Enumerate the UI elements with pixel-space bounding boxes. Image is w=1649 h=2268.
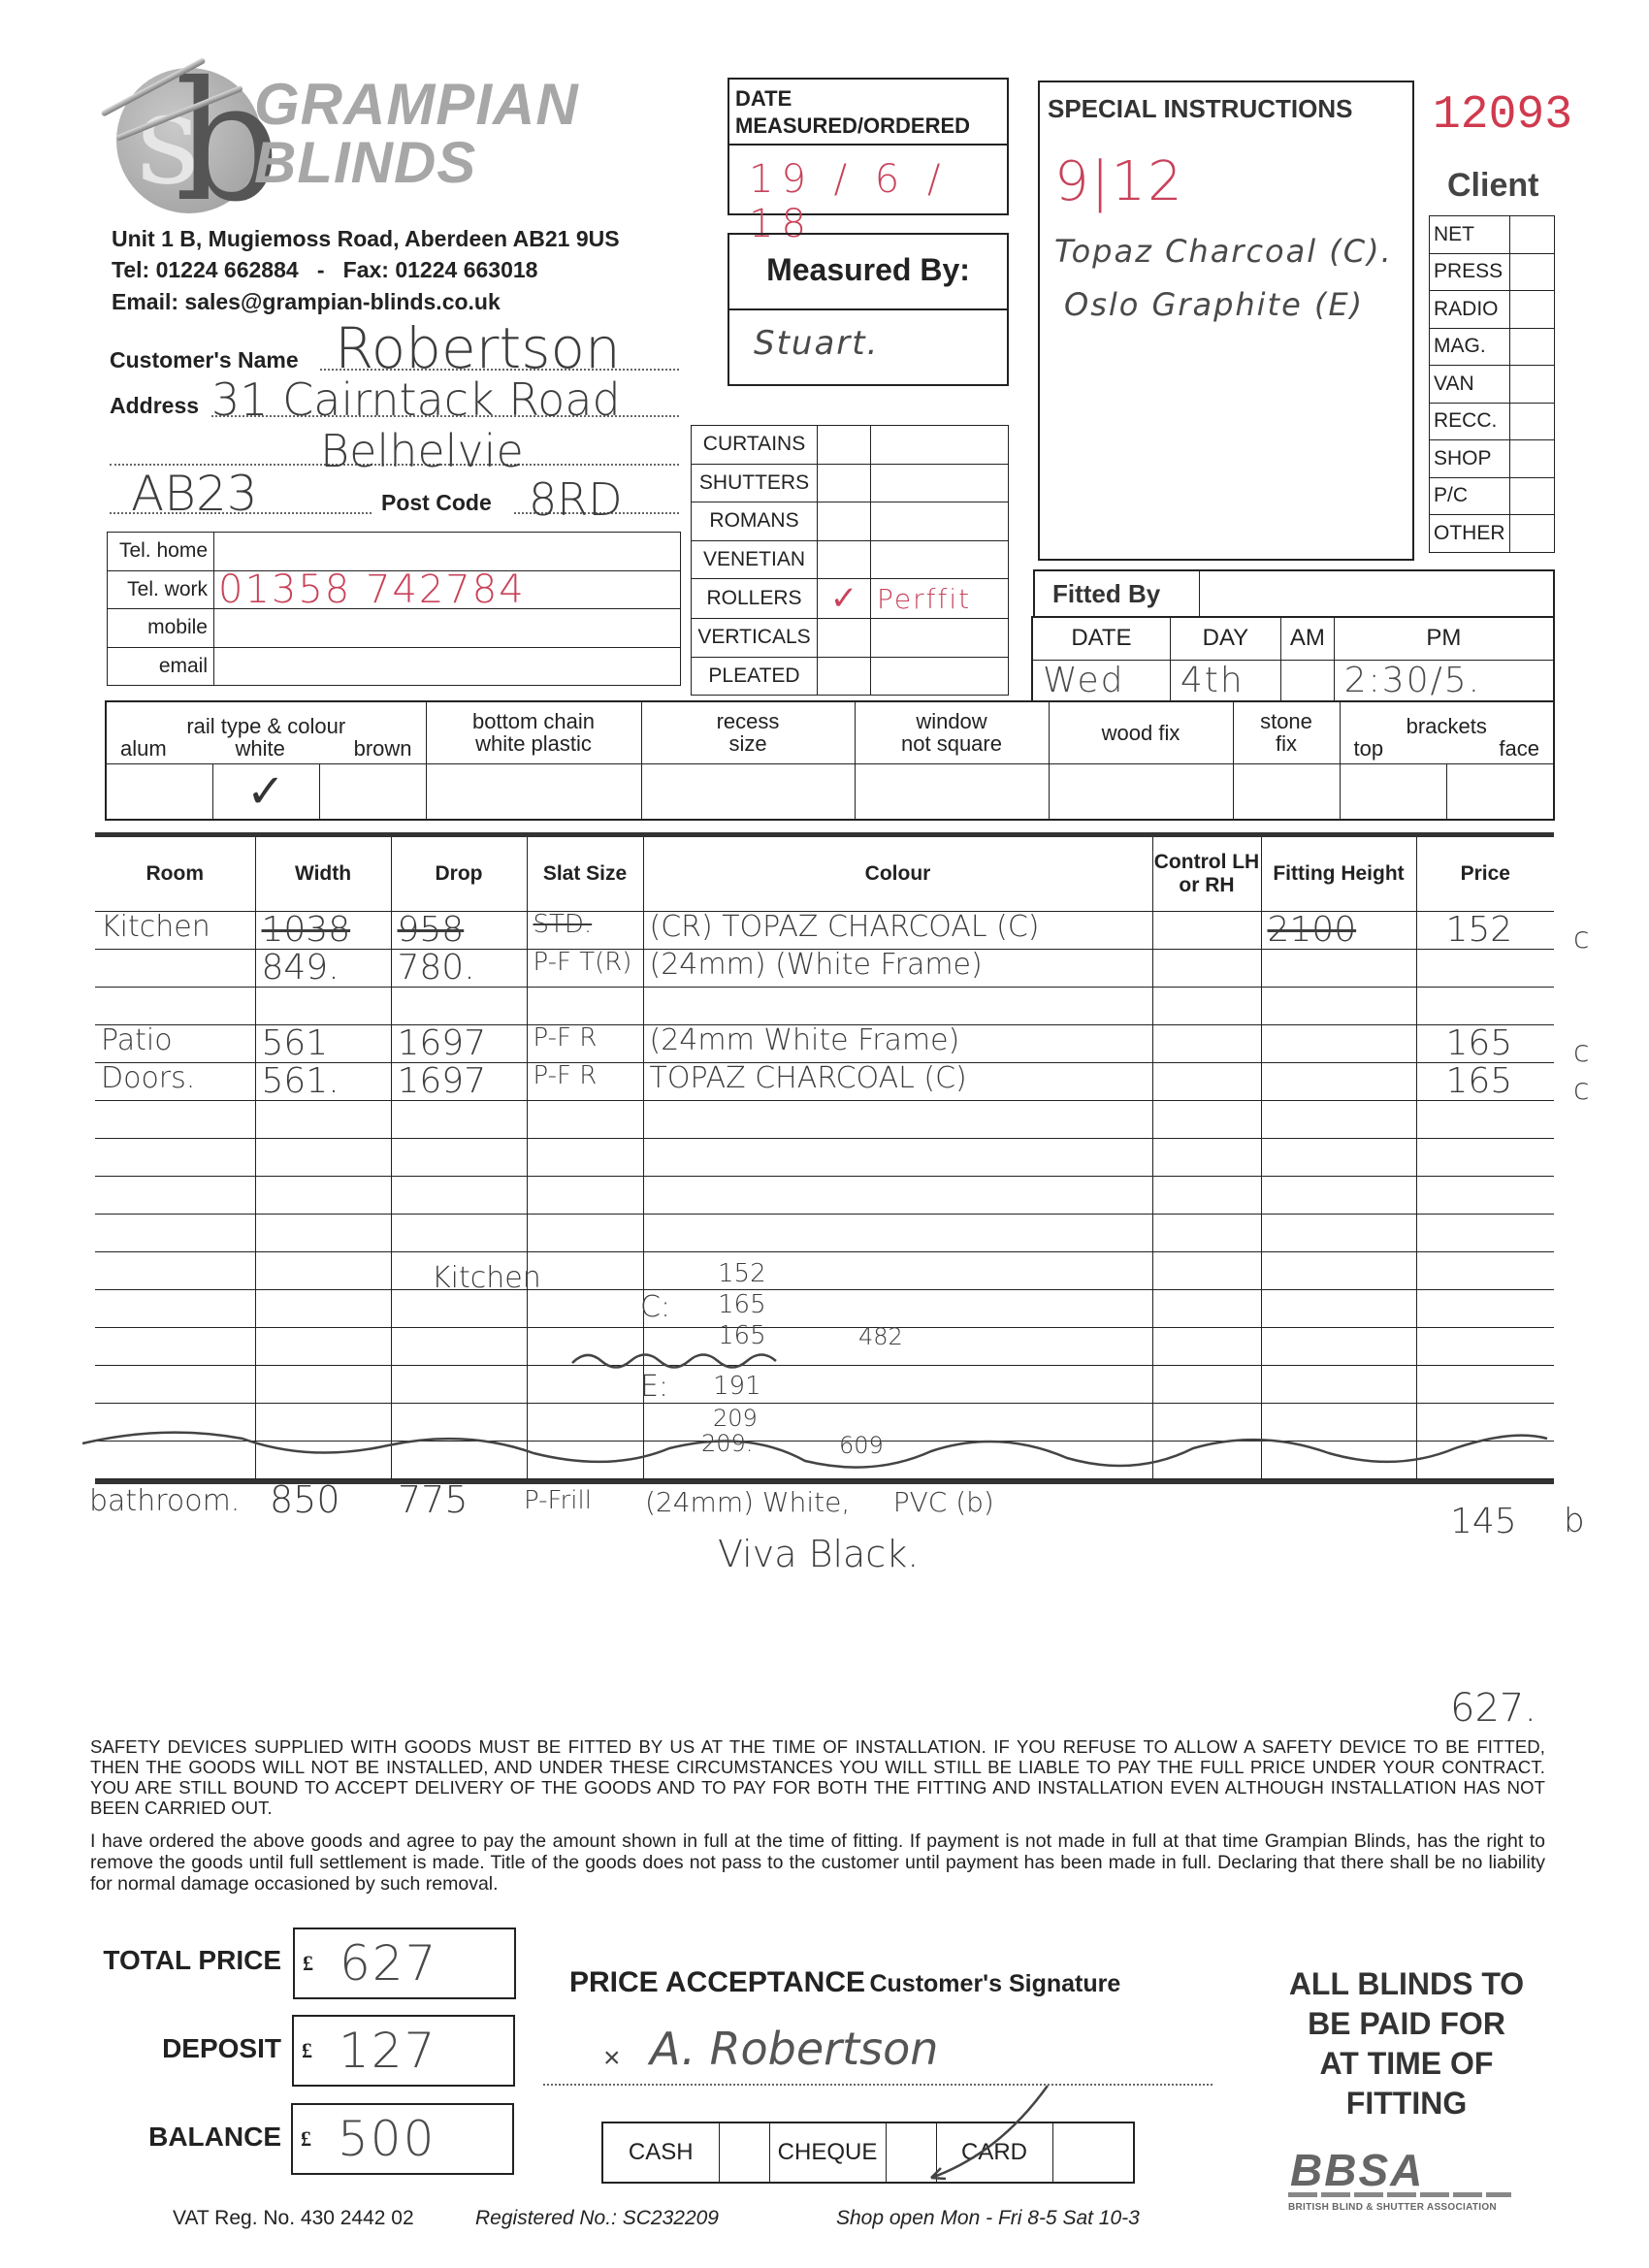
calc-c-value: 165 — [718, 1290, 766, 1319]
bathroom-width[interactable]: 850 — [270, 1478, 340, 1521]
cell-price[interactable] — [1416, 1289, 1554, 1327]
items-header-price: Price — [1416, 837, 1554, 911]
postcode-label: Post Code — [381, 490, 492, 516]
contact-label: email — [108, 647, 214, 686]
cell-value: 561. — [262, 1061, 339, 1101]
balance-value[interactable]: 500 — [338, 2111, 436, 2167]
client-source-row: OTHER — [1430, 515, 1555, 553]
rail-option-alum: alum — [120, 737, 167, 760]
cell-value: 165 — [1446, 1061, 1513, 1101]
table-row — [95, 1214, 1554, 1251]
cell-drop[interactable]: 1697 — [391, 1024, 527, 1062]
fitting-col-pm: PM — [1334, 617, 1554, 660]
window-not-square-cell[interactable] — [855, 763, 1049, 820]
fitting-value-date[interactable]: Wed — [1032, 660, 1170, 701]
items-header-room: Room — [95, 837, 255, 911]
product-type-label: CURTAINS — [692, 426, 818, 465]
recess-size-cell[interactable] — [641, 763, 855, 820]
cell-value: 561 — [262, 1023, 329, 1063]
price-margin-code: c — [1573, 1035, 1590, 1069]
cell-colour[interactable]: (24mm White Frame) — [643, 1024, 1152, 1062]
product-type-note[interactable] — [871, 464, 1009, 502]
product-type-label: PLEATED — [692, 657, 818, 696]
cell-control[interactable] — [1152, 1365, 1261, 1403]
bathroom-colour-line2[interactable]: Viva Black. — [718, 1533, 919, 1575]
cell-width[interactable]: 561 — [255, 1024, 391, 1062]
cell-width[interactable] — [255, 1138, 391, 1176]
cell-width[interactable]: 1038 — [255, 911, 391, 949]
cell-slat[interactable]: P-F R — [527, 1062, 643, 1100]
cell-slat[interactable] — [527, 1176, 643, 1214]
cell-price[interactable]: 165 — [1416, 1024, 1554, 1062]
cell-drop[interactable] — [391, 1365, 527, 1403]
bbsa-stripes — [1288, 2192, 1511, 2197]
cell-colour[interactable]: TOPAZ CHARCOAL (C) — [643, 1062, 1152, 1100]
table-row: 849.780.P-F T(R)(24mm) (White Frame) — [95, 949, 1554, 987]
cell-value: 165 — [1446, 1023, 1513, 1063]
cell-room[interactable]: Kitchen — [95, 911, 255, 949]
total-price-box[interactable]: £ 627 — [293, 1928, 516, 1999]
client-source-checkbox[interactable] — [1509, 291, 1555, 329]
product-type-note[interactable] — [871, 657, 1009, 696]
customer-name-value[interactable]: Robertson — [335, 315, 621, 381]
bbsa-name: BRITISH BLIND & SHUTTER ASSOCIATION — [1288, 2202, 1497, 2213]
balance-label: BALANCE — [68, 2122, 281, 2153]
cell-colour[interactable] — [643, 1138, 1152, 1176]
rail-option-white: white — [235, 737, 284, 760]
cell-value: P-F R — [533, 1023, 598, 1053]
cell-fitting-height[interactable] — [1261, 1251, 1416, 1289]
company-address: Unit 1 B, Mugiemoss Road, Aberdeen AB21 … — [112, 226, 620, 252]
contact-row: Tel. work01358 742784 — [108, 570, 681, 609]
table-row — [95, 987, 1554, 1024]
address-line2[interactable]: Belhelvie — [320, 425, 524, 477]
company-name-line2: BLINDS — [254, 134, 476, 192]
measured-by-value[interactable]: Stuart. — [754, 324, 879, 363]
customer-signature[interactable]: A. Robertson — [650, 2023, 938, 2075]
wavy-separator — [567, 1344, 781, 1373]
cell-control[interactable] — [1152, 1289, 1261, 1327]
price-margin-code: c — [1573, 922, 1590, 956]
cell-width[interactable] — [255, 1289, 391, 1327]
client-source-label: P/C — [1430, 477, 1510, 515]
cell-slat[interactable] — [527, 1251, 643, 1289]
items-header-width: Width — [255, 837, 391, 911]
product-type-tick[interactable] — [818, 464, 871, 502]
bathroom-colour-line1[interactable]: (24mm) White, PVC (b) — [645, 1486, 994, 1518]
cell-width[interactable]: 561. — [255, 1062, 391, 1100]
client-source-label: MAG. — [1430, 328, 1510, 366]
cell-value: P-F T(R) — [533, 948, 632, 977]
items-header-colour: Colour — [643, 837, 1152, 911]
cell-room[interactable] — [95, 1365, 255, 1403]
client-source-row: NET — [1430, 216, 1555, 254]
cell-control[interactable] — [1152, 1214, 1261, 1251]
safety-terms: SAFETY DEVICES SUPPLIED WITH GOODS MUST … — [90, 1736, 1545, 1818]
bracket-option-top: top — [1354, 737, 1384, 760]
client-source-checkbox[interactable] — [1509, 366, 1555, 404]
header-stone-fix: stonefix — [1233, 701, 1340, 763]
contact-row: Tel. home — [108, 533, 681, 571]
product-type-tick[interactable] — [818, 657, 871, 696]
bathroom-room[interactable]: bathroom. — [89, 1484, 240, 1518]
cell-fitting-height[interactable] — [1261, 1024, 1416, 1062]
cell-price[interactable] — [1416, 987, 1554, 1024]
contact-value[interactable] — [214, 533, 681, 571]
cell-fitting-height[interactable] — [1261, 1365, 1416, 1403]
deposit-box[interactable]: £ 127 — [292, 2015, 515, 2087]
product-type-label: ROMANS — [692, 502, 818, 541]
cell-drop[interactable]: 780. — [391, 949, 527, 987]
agreement-terms: I have ordered the above goods and agree… — [90, 1831, 1545, 1895]
product-type-tick[interactable] — [818, 540, 871, 579]
customer-name-label: Customer's Name — [110, 347, 299, 373]
cell-colour[interactable]: (CR) TOPAZ CHARCOAL (C) — [643, 911, 1152, 949]
contact-value[interactable] — [214, 609, 681, 648]
cell-width[interactable] — [255, 987, 391, 1024]
currency-symbol: £ — [301, 2126, 311, 2152]
cell-drop[interactable]: 1697 — [391, 1062, 527, 1100]
cell-drop[interactable] — [391, 1214, 527, 1251]
total-price-label: TOTAL PRICE — [68, 1945, 281, 1976]
product-type-note[interactable] — [871, 502, 1009, 541]
client-source-checkbox[interactable] — [1509, 253, 1555, 291]
product-type-tick[interactable]: ✓ — [818, 579, 871, 619]
price-acceptance-title: PRICE ACCEPTANCE — [569, 1966, 865, 1998]
client-source-row: PRESS — [1430, 253, 1555, 291]
product-type-note[interactable] — [871, 619, 1009, 658]
client-source-label: VAN — [1430, 366, 1510, 404]
cell-fitting-height[interactable] — [1261, 1214, 1416, 1251]
cell-value: 1038 — [262, 910, 351, 950]
product-type-label: VENETIAN — [692, 540, 818, 579]
client-source-row: RADIO — [1430, 291, 1555, 329]
contact-row: mobile — [108, 609, 681, 648]
date-label-line1: DATE — [735, 85, 970, 113]
client-source-label: OTHER — [1430, 515, 1510, 553]
fitting-schedule-table: DATEDAYAMPM Wed4th2:30/5. — [1031, 616, 1555, 702]
cell-drop[interactable] — [391, 1138, 527, 1176]
table-row: Patio5611697P-F R(24mm White Frame)165 — [95, 1024, 1554, 1062]
fitting-col-day: DAY — [1170, 617, 1280, 660]
cell-width[interactable] — [255, 1327, 391, 1365]
table-row: Kitchen1038958STD.(CR) TOPAZ CHARCOAL (C… — [95, 911, 1554, 949]
cell-value: P-F R — [533, 1061, 598, 1090]
cell-control[interactable] — [1152, 1024, 1261, 1062]
total-price-value[interactable]: 627 — [339, 1935, 437, 1992]
shop-hours: Shop open Mon - Fri 8-5 Sat 10-3 — [836, 2207, 1140, 2230]
cell-value: 958 — [398, 910, 465, 950]
cell-control[interactable] — [1152, 949, 1261, 987]
cell-fitting-height[interactable] — [1261, 1138, 1416, 1176]
cell-price[interactable] — [1416, 1214, 1554, 1251]
product-type-tick[interactable] — [818, 619, 871, 658]
cell-value: 152 — [1446, 910, 1513, 950]
client-source-label: NET — [1430, 216, 1510, 254]
cell-width[interactable] — [255, 1100, 391, 1138]
vat-number: VAT Reg. No. 430 2442 02 — [173, 2207, 414, 2230]
cell-fitting-height[interactable] — [1261, 1176, 1416, 1214]
cell-colour[interactable] — [643, 1100, 1152, 1138]
client-source-table: NETPRESSRADIOMAG.VANRECC.SHOPP/COTHER — [1429, 215, 1555, 553]
cell-slat[interactable] — [527, 1289, 643, 1327]
cell-price[interactable] — [1416, 1327, 1554, 1365]
calc-e-value: 191 — [713, 1372, 761, 1401]
table-row — [95, 1100, 1554, 1138]
fitted-by-label: Fitted By — [1034, 570, 1199, 617]
bbsa-logo: BBSA — [1290, 2144, 1424, 2196]
cell-colour[interactable] — [643, 987, 1152, 1024]
cell-fitting-height[interactable] — [1261, 987, 1416, 1024]
cell-control[interactable] — [1152, 1062, 1261, 1100]
cell-drop[interactable] — [391, 1327, 527, 1365]
cell-slat[interactable]: P-F T(R) — [527, 949, 643, 987]
cell-fitting-height[interactable]: 2100 — [1261, 911, 1416, 949]
cell-room[interactable] — [95, 949, 255, 987]
cell-colour[interactable] — [643, 1176, 1152, 1214]
table-row — [95, 1327, 1554, 1365]
client-source-checkbox[interactable] — [1509, 328, 1555, 366]
contact-row: email — [108, 647, 681, 686]
wood-fix-cell[interactable] — [1049, 763, 1233, 820]
cell-room[interactable] — [95, 1176, 255, 1214]
cell-value: 1697 — [398, 1023, 487, 1063]
date-measured-box: DATE MEASURED/ORDERED 19 / 6 / 18 — [727, 78, 1009, 215]
cell-value: Kitchen — [101, 910, 210, 944]
client-source-checkbox[interactable] — [1509, 515, 1555, 553]
payment-cash-checkbox[interactable] — [719, 2122, 769, 2183]
calc-kitchen-label: Kitchen — [432, 1261, 541, 1295]
balance-box[interactable]: £ 500 — [291, 2103, 514, 2175]
cell-drop[interactable]: 958 — [391, 911, 527, 949]
special-instructions-line[interactable]: Oslo Graphite (E) — [1064, 286, 1364, 323]
payment-notice: ALL BLINDS TO BE PAID FOR AT TIME OF FIT… — [1251, 1964, 1562, 2123]
cell-control[interactable] — [1152, 1251, 1261, 1289]
header-wood-fix: wood fix — [1049, 701, 1233, 763]
cell-slat[interactable] — [527, 1138, 643, 1176]
cell-value: TOPAZ CHARCOAL (C) — [650, 1061, 967, 1095]
cell-slat[interactable]: P-F R — [527, 1024, 643, 1062]
cell-value: Doors. — [101, 1061, 195, 1095]
cell-room[interactable] — [95, 1214, 255, 1251]
cell-room[interactable] — [95, 1289, 255, 1327]
product-type-row: SHUTTERS — [692, 464, 1009, 502]
measured-by-label: Measured By: — [729, 252, 1007, 288]
price-acceptance-subtitle: Customer's Signature — [869, 1970, 1120, 1997]
cell-price[interactable] — [1416, 1100, 1554, 1138]
bracket-option-face: face — [1499, 737, 1539, 760]
cell-fitting-height[interactable] — [1261, 1289, 1416, 1327]
cell-slat[interactable] — [527, 1100, 643, 1138]
cell-price[interactable] — [1416, 1251, 1554, 1289]
cell-room[interactable] — [95, 1327, 255, 1365]
bathroom-margin-code: b — [1564, 1502, 1585, 1540]
special-instructions-box: SPECIAL INSTRUCTIONS 9|12 Topaz Charcoal… — [1038, 81, 1414, 561]
table-row — [95, 1251, 1554, 1289]
client-source-checkbox[interactable] — [1509, 403, 1555, 440]
table-row — [95, 1289, 1554, 1327]
cell-room[interactable] — [95, 1251, 255, 1289]
product-type-tick[interactable] — [818, 502, 871, 541]
cell-value: 1697 — [398, 1061, 487, 1101]
product-type-label: VERTICALS — [692, 619, 818, 658]
cell-colour[interactable] — [643, 1214, 1152, 1251]
cell-fitting-height[interactable] — [1261, 949, 1416, 987]
fitting-value-pm[interactable]: 2:30/5. — [1334, 660, 1554, 701]
cell-price[interactable] — [1416, 949, 1554, 987]
cell-control[interactable] — [1152, 1100, 1261, 1138]
calc-e-label: E: — [640, 1370, 668, 1404]
rail-brown-cell[interactable] — [319, 763, 426, 820]
rail-white-cell[interactable]: ✓ — [212, 763, 319, 820]
fitted-by-table: Fitted By — [1033, 569, 1555, 618]
cell-control[interactable] — [1152, 1138, 1261, 1176]
cell-value: Patio — [101, 1023, 173, 1057]
date-label-line2: MEASURED/ORDERED — [735, 113, 970, 140]
deposit-value[interactable]: 127 — [339, 2023, 436, 2079]
bathroom-price[interactable]: 145 — [1450, 1502, 1517, 1541]
cell-width[interactable] — [255, 1176, 391, 1214]
cell-colour[interactable]: (24mm) (White Frame) — [643, 949, 1152, 987]
cell-width[interactable] — [255, 1365, 391, 1403]
payment-cheque-label: CHEQUE — [769, 2122, 886, 2183]
product-type-note[interactable]: Perffit — [871, 579, 1009, 619]
fitting-value-am[interactable] — [1280, 660, 1334, 701]
rail-options-table: rail type & colour alum white brown bott… — [105, 700, 1555, 821]
client-source-row: RECC. — [1430, 403, 1555, 440]
calc-c-value: 152 — [718, 1259, 766, 1288]
cell-drop[interactable] — [391, 1176, 527, 1214]
client-source-label: PRESS — [1430, 253, 1510, 291]
cell-drop[interactable] — [391, 1100, 527, 1138]
calc-c-label: C: — [640, 1290, 670, 1324]
cell-control[interactable] — [1152, 1176, 1261, 1214]
product-type-row: VENETIAN — [692, 540, 1009, 579]
contact-table: Tel. homeTel. work01358 742784mobileemai… — [107, 532, 681, 686]
company-tel-fax: Tel: 01224 662884 - Fax: 01224 663018 — [112, 257, 537, 283]
contact-value[interactable] — [214, 647, 681, 686]
price-acceptance-heading: PRICE ACCEPTANCE Customer's Signature — [569, 1966, 1120, 1999]
price-margin-code: c — [1573, 1073, 1590, 1107]
cell-value: 780. — [398, 948, 475, 988]
items-header-fitting-height: Fitting Height — [1261, 837, 1416, 911]
address-line1[interactable]: 31 Cairntack Road — [211, 373, 621, 426]
cell-width[interactable] — [255, 1251, 391, 1289]
cell-price[interactable] — [1416, 1176, 1554, 1214]
cell-room[interactable] — [95, 1138, 255, 1176]
cell-width[interactable] — [255, 1214, 391, 1251]
bathroom-slat[interactable]: P-Frill — [524, 1486, 592, 1515]
special-instructions-line[interactable]: Topaz Charcoal (C). — [1054, 233, 1393, 270]
fitting-col-am: AM — [1280, 617, 1334, 660]
cell-control[interactable] — [1152, 1327, 1261, 1365]
address-line3[interactable]: AB23 — [131, 466, 258, 522]
grand-total: 627. — [1450, 1686, 1536, 1731]
cell-price[interactable]: 152 — [1416, 911, 1554, 949]
product-type-tick[interactable] — [818, 426, 871, 465]
cell-room[interactable]: Patio — [95, 1024, 255, 1062]
calc-c-total: 482 — [858, 1323, 903, 1350]
cell-slat[interactable] — [527, 1214, 643, 1251]
cell-control[interactable] — [1152, 987, 1261, 1024]
header-bottom-chain: bottom chainwhite plastic — [426, 701, 641, 763]
client-source-row: MAG. — [1430, 328, 1555, 366]
cell-control[interactable] — [1152, 911, 1261, 949]
contact-label: Tel. work — [108, 570, 214, 609]
check-mark-icon: ✓ — [246, 766, 285, 818]
contact-value[interactable]: 01358 742784 — [214, 570, 681, 609]
product-type-note[interactable] — [871, 426, 1009, 465]
deposit-label: DEPOSIT — [68, 2033, 281, 2064]
rail-alum-cell[interactable] — [106, 763, 212, 820]
special-instructions-line[interactable]: 9|12 — [1054, 150, 1184, 213]
client-source-row: SHOP — [1430, 440, 1555, 478]
bottom-chain-cell[interactable] — [426, 763, 641, 820]
fitted-by-value[interactable] — [1199, 570, 1554, 617]
client-source-checkbox[interactable] — [1509, 440, 1555, 478]
cell-value: 849. — [262, 948, 339, 988]
payment-cash-label: CASH — [602, 2122, 719, 2183]
cell-fitting-height[interactable] — [1261, 1062, 1416, 1100]
product-type-table: CURTAINSSHUTTERSROMANSVENETIANROLLERS✓Pe… — [691, 425, 1009, 696]
product-type-row: ROLLERS✓Perffit — [692, 579, 1009, 619]
cell-value: 2100 — [1268, 910, 1357, 950]
bathroom-drop[interactable]: 775 — [398, 1478, 469, 1521]
cell-price[interactable] — [1416, 1138, 1554, 1176]
cell-width[interactable]: 849. — [255, 949, 391, 987]
cell-value: STD. — [533, 910, 593, 939]
client-source-checkbox[interactable] — [1509, 477, 1555, 515]
items-table: RoomWidthDropSlat SizeColourControl LH o… — [95, 832, 1554, 1484]
currency-symbol: £ — [302, 2038, 312, 2063]
cell-room[interactable] — [95, 1100, 255, 1138]
sign-here-icon: × — [603, 2042, 621, 2075]
bracket-face-cell[interactable] — [1446, 763, 1554, 820]
items-header-control-lh-or-rh: Control LH or RH — [1152, 837, 1261, 911]
measured-by-box: Measured By: Stuart. — [727, 233, 1009, 386]
cell-price[interactable]: 165 — [1416, 1062, 1554, 1100]
contact-label: mobile — [108, 609, 214, 648]
contact-label: Tel. home — [108, 533, 214, 571]
client-source-label: SHOP — [1430, 440, 1510, 478]
company-email: Email: sales@grampian-blinds.co.uk — [112, 289, 501, 315]
product-type-row: PLEATED — [692, 657, 1009, 696]
cell-value: (CR) TOPAZ CHARCOAL (C) — [650, 910, 1040, 944]
postcode-value[interactable]: 8RD — [529, 473, 623, 526]
cell-fitting-height[interactable] — [1261, 1327, 1416, 1365]
client-label: Client — [1447, 167, 1538, 205]
stone-fix-cell[interactable] — [1233, 763, 1340, 820]
cell-room[interactable]: Doors. — [95, 1062, 255, 1100]
cell-room[interactable] — [95, 987, 255, 1024]
cell-drop[interactable] — [391, 987, 527, 1024]
registered-number: Registered No.: SC232209 — [475, 2207, 719, 2230]
cell-price[interactable] — [1416, 1365, 1554, 1403]
header-recess-size: recesssize — [641, 701, 855, 763]
client-source-label: RADIO — [1430, 291, 1510, 329]
product-type-row: CURTAINS — [692, 426, 1009, 465]
header-window-not-square: windownot square — [855, 701, 1049, 763]
cell-slat[interactable] — [527, 987, 643, 1024]
rail-type-label: rail type & colour — [107, 715, 426, 737]
client-source-checkbox[interactable] — [1509, 216, 1555, 254]
cell-slat[interactable]: STD. — [527, 911, 643, 949]
product-type-note[interactable] — [871, 540, 1009, 579]
items-header-drop: Drop — [391, 837, 527, 911]
fitting-value-day[interactable]: 4th — [1170, 660, 1280, 701]
cell-fitting-height[interactable] — [1261, 1100, 1416, 1138]
bracket-top-cell[interactable] — [1340, 763, 1446, 820]
